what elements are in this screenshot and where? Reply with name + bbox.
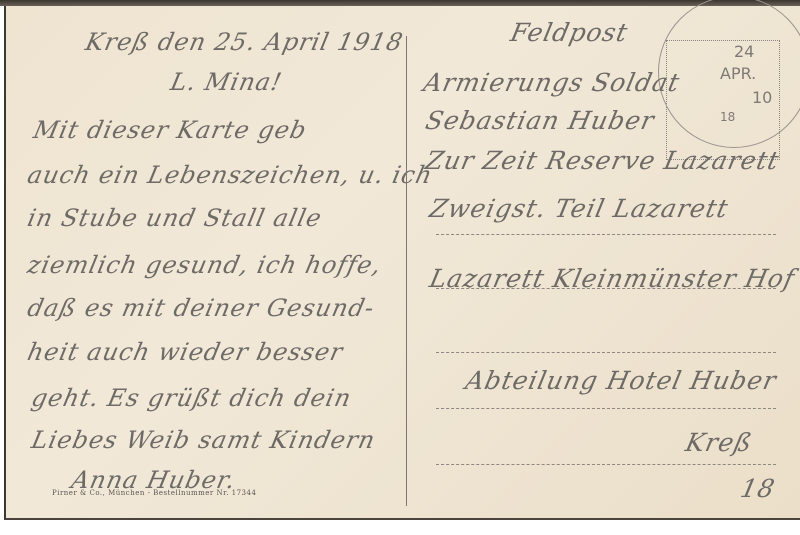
address-name: Sebastian Huber — [423, 106, 657, 135]
message-line: daß es mit deiner Gesund- — [25, 294, 377, 322]
message-line: auch ein Lebenszeichen, u. ich — [25, 161, 435, 189]
address-rule — [436, 234, 776, 235]
address-town: Kreß — [683, 428, 755, 457]
address-rule — [436, 464, 776, 465]
message-line: Liebes Weib samt Kindern — [29, 426, 378, 454]
message-line: geht. Es grüßt dich dein — [29, 384, 354, 412]
postmark-year: 18 — [720, 110, 735, 124]
postcard: Kreß den 25. April 1918 L. Mina! Mit die… — [4, 6, 800, 520]
address-line: Lazarett Kleinmünster Hof — [427, 264, 798, 293]
address-feldpost: Feldpost — [508, 18, 631, 47]
address-rank: Armierungs Soldat — [421, 68, 683, 97]
address-line: Zur Zeit Reserve Lazarett — [423, 146, 782, 175]
message-line: ziemlich gesund, ich hoffe, — [25, 251, 384, 279]
center-divider — [406, 36, 407, 506]
message-salutation: L. Mina! — [168, 68, 285, 96]
address-line: Abteilung Hotel Huber — [463, 366, 780, 395]
address-line: Zweigst. Teil Lazarett — [427, 194, 731, 223]
postmark-time: 10 — [752, 88, 772, 107]
message-line: heit auch wieder besser — [25, 338, 346, 366]
address-rule — [436, 408, 776, 409]
message-line: Mit dieser Karte geb — [31, 116, 309, 144]
postmark-day: 24 — [734, 42, 754, 61]
printer-imprint: Pirner & Co., München - Bestellnummer Nr… — [52, 489, 256, 497]
message-date-line: Kreß den 25. April 1918 — [83, 28, 406, 56]
address-number: 18 — [738, 474, 778, 503]
address-rule — [436, 352, 776, 353]
message-line: in Stube und Stall alle — [25, 204, 325, 232]
postmark-month: APR. — [720, 64, 756, 83]
